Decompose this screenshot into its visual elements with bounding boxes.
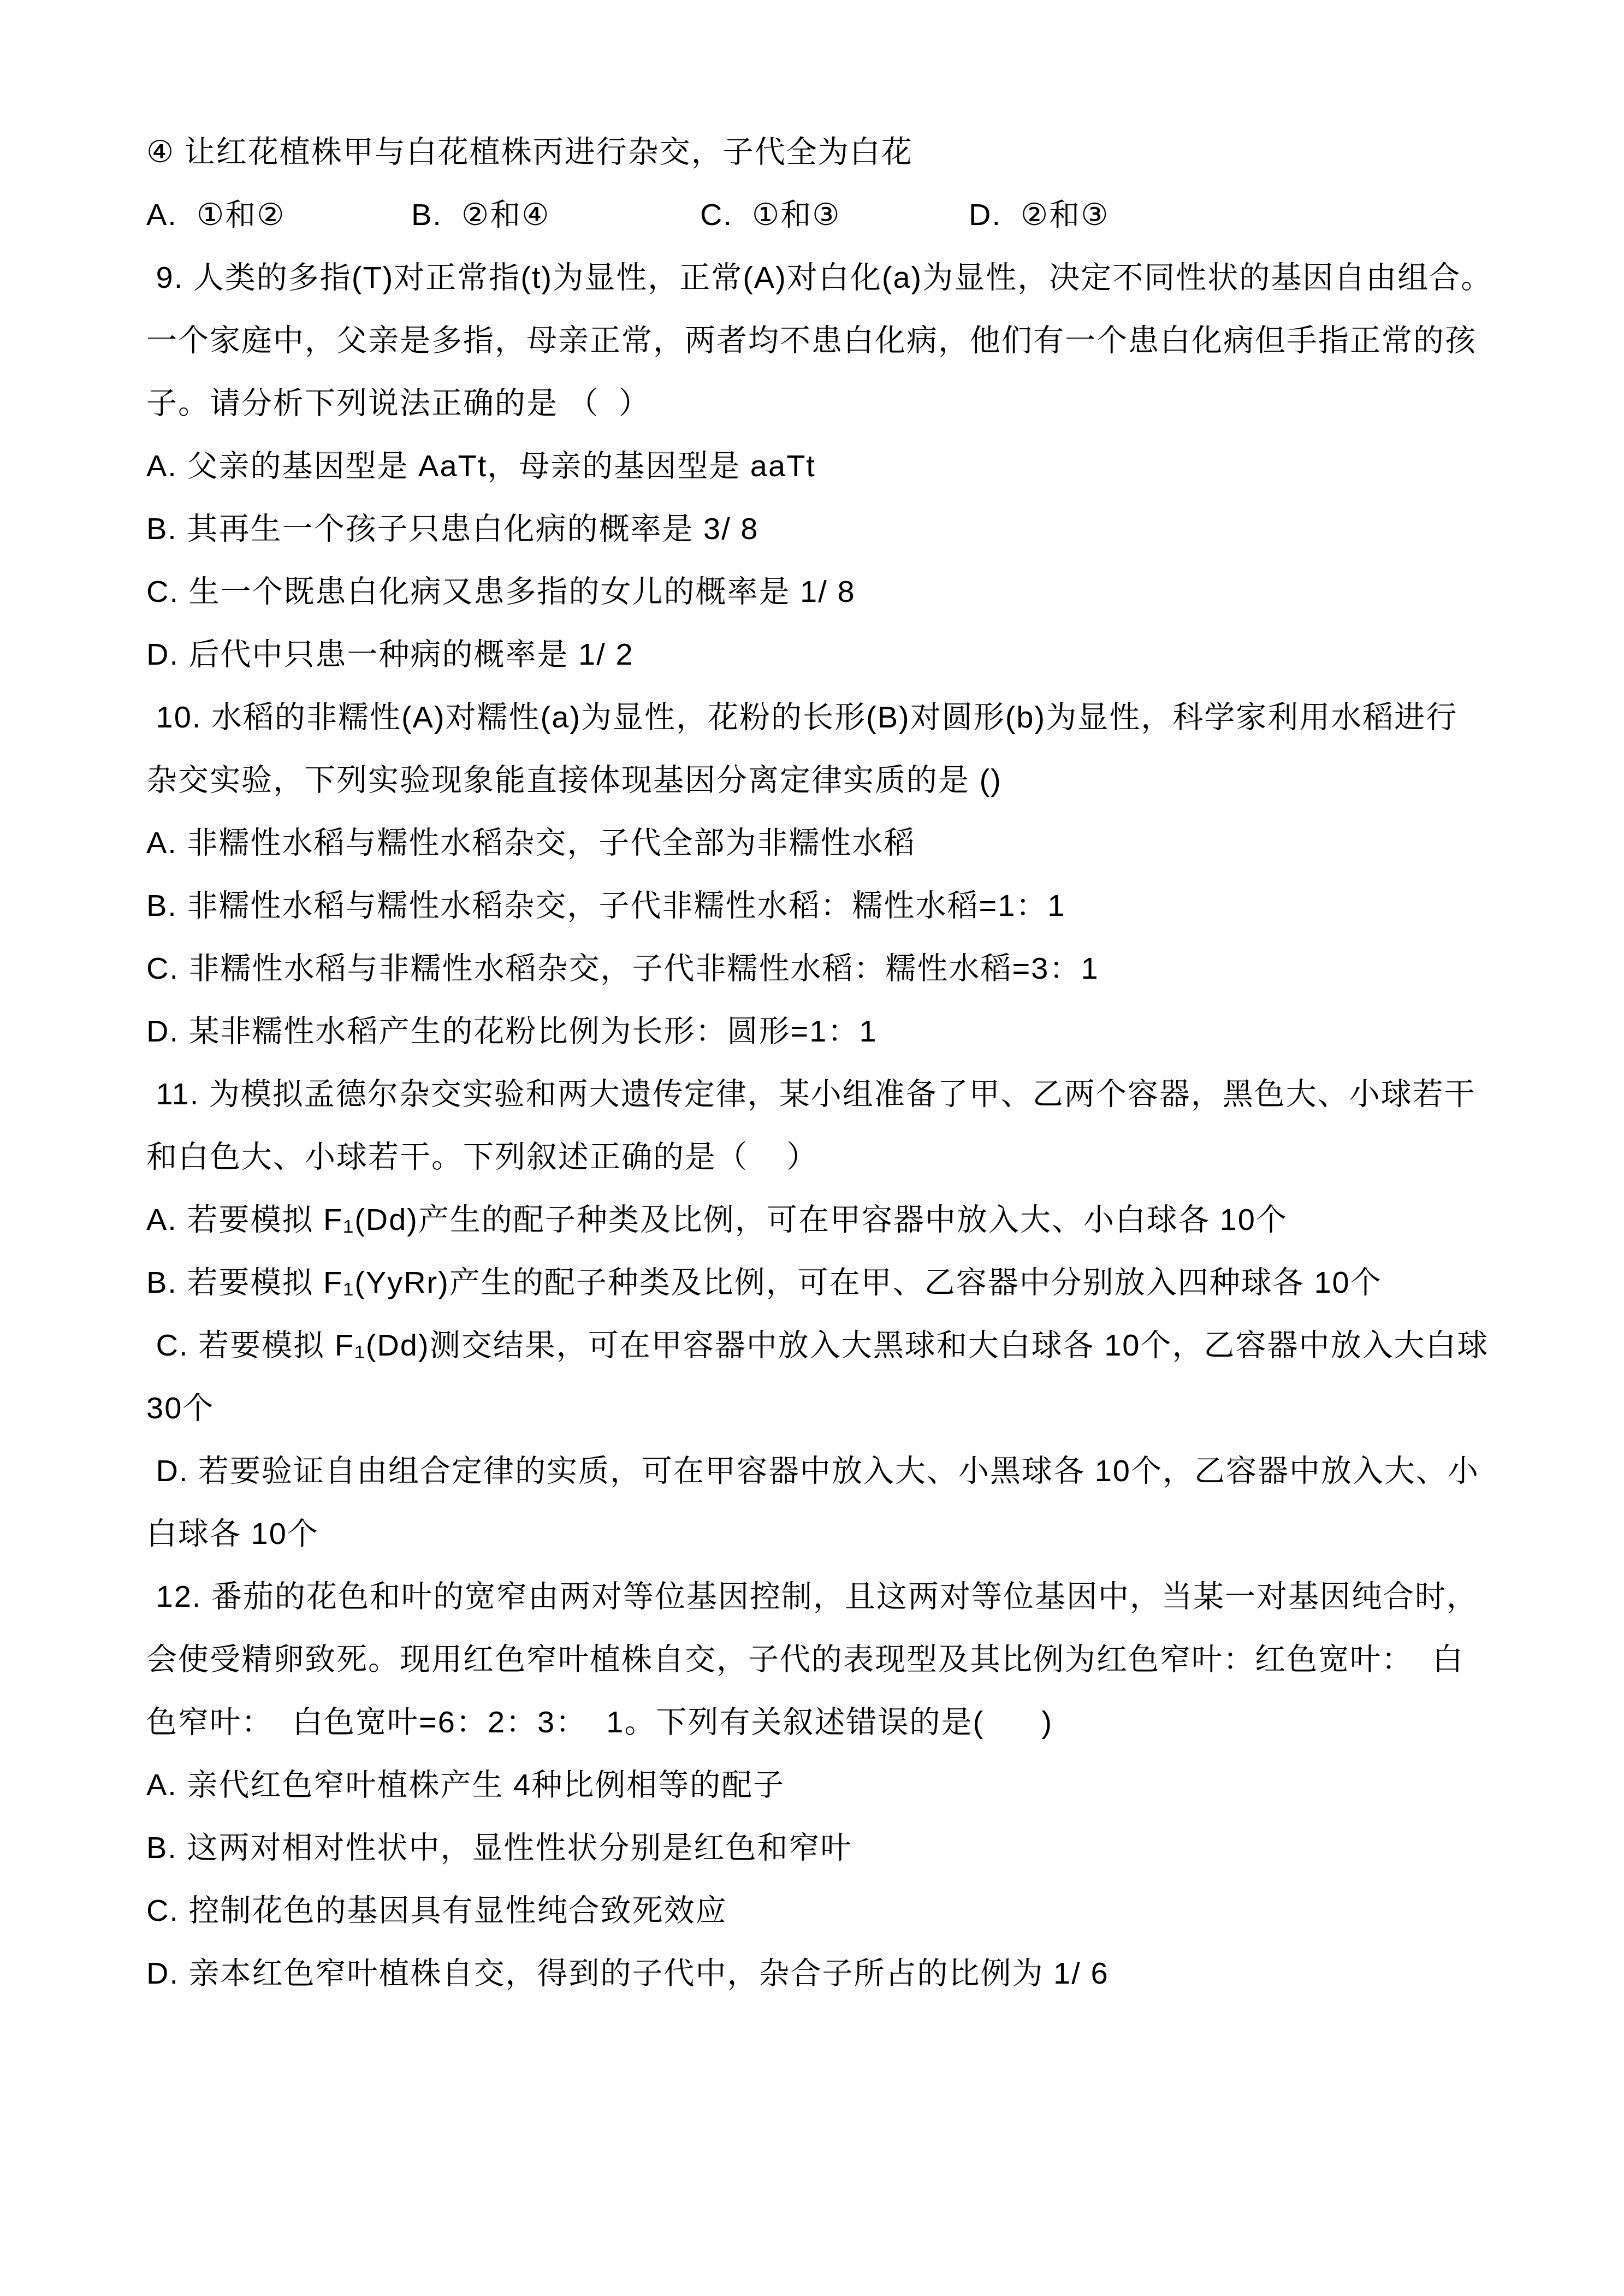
q8-item4-statement: ④ 让红花植株甲与白花植株丙进行杂交，子代全为白花	[146, 120, 1501, 183]
q9-stem-line-3: 子。请分析下列说法正确的是 （ ）	[146, 371, 1501, 434]
q10-option-b: B. 非糯性水稻与糯性水稻杂交，子代非糯性水稻：糯性水稻=1：1	[146, 874, 1501, 937]
q8-option-b: B. ②和④	[411, 183, 700, 246]
q10-option-d: D. 某非糯性水稻产生的花粉比例为长形：圆形=1：1	[146, 999, 1501, 1062]
exam-document-page: ④ 让红花植株甲与白花植株丙进行杂交，子代全为白花A. ①和②B. ②和④C. …	[0, 0, 1624, 2296]
q11-option-d-line-2: 白球各 10个	[146, 1502, 1501, 1565]
q12-option-a: A. 亲代红色窄叶植株产生 4种比例相等的配子	[146, 1753, 1501, 1816]
q12-option-d: D. 亲本红色窄叶植株自交，得到的子代中，杂合子所占的比例为 1/ 6	[146, 1942, 1501, 2004]
q10-option-c: C. 非糯性水稻与非糯性水稻杂交，子代非糯性水稻：糯性水稻=3：1	[146, 937, 1501, 999]
q10-stem-line-2: 杂交实验，下列实验现象能直接体现基因分离定律实质的是 ()	[146, 748, 1501, 811]
q9-option-c: C. 生一个既患白化病又患多指的女儿的概率是 1/ 8	[146, 560, 1501, 623]
q8-options-row: A. ①和②B. ②和④C. ①和③D. ②和③	[146, 183, 1501, 246]
q12-stem-line-2: 会使受精卵致死。现用红色窄叶植株自交，子代的表现型及其比例为红色窄叶：红色宽叶：…	[146, 1628, 1501, 1690]
q11-option-c-line-1: C. 若要模拟 F₁(Dd)测交结果，可在甲容器中放入大黑球和大白球各 10个，…	[146, 1313, 1501, 1376]
q11-option-c-line-2: 30个	[146, 1376, 1501, 1439]
q12-option-b: B. 这两对相对性状中，显性性状分别是红色和窄叶	[146, 1816, 1501, 1879]
q11-option-b: B. 若要模拟 F₁(YyRr)产生的配子种类及比例，可在甲、乙容器中分别放入四…	[146, 1251, 1501, 1313]
q9-stem-line-2: 一个家庭中，父亲是多指，母亲正常，两者均不患白化病，他们有一个患白化病但手指正常…	[146, 309, 1501, 371]
q11-stem-line-2: 和白色大、小球若干。下列叙述正确的是（ ）	[146, 1125, 1501, 1188]
q12-stem-line-1: 12. 番茄的花色和叶的宽窄由两对等位基因控制，且这两对等位基因中，当某一对基因…	[146, 1565, 1501, 1628]
q12-stem-line-3: 色窄叶： 白色宽叶=6：2：3： 1。下列有关叙述错误的是( )	[146, 1690, 1501, 1753]
q11-option-d-line-1: D. 若要验证自由组合定律的实质，可在甲容器中放入大、小黑球各 10个，乙容器中…	[146, 1439, 1501, 1502]
q9-option-b: B. 其再生一个孩子只患白化病的概率是 3/ 8	[146, 497, 1501, 560]
document-content: ④ 让红花植株甲与白花植株丙进行杂交，子代全为白花A. ①和②B. ②和④C. …	[146, 120, 1501, 2004]
q9-stem-line-1: 9. 人类的多指(T)对正常指(t)为显性，正常(A)对白化(a)为显性，决定不…	[146, 246, 1501, 309]
q10-option-a: A. 非糯性水稻与糯性水稻杂交，子代全部为非糯性水稻	[146, 811, 1501, 874]
q8-option-a: A. ①和②	[146, 183, 411, 246]
q10-stem-line-1: 10. 水稻的非糯性(A)对糯性(a)为显性，花粉的长形(B)对圆形(b)为显性…	[146, 685, 1501, 748]
q8-option-c: C. ①和③	[700, 183, 969, 246]
q11-option-a: A. 若要模拟 F₁(Dd)产生的配子种类及比例，可在甲容器中放入大、小白球各 …	[146, 1188, 1501, 1251]
q9-option-d: D. 后代中只患一种病的概率是 1/ 2	[146, 623, 1501, 685]
q9-option-a: A. 父亲的基因型是 AaTt，母亲的基因型是 aaTt	[146, 434, 1501, 497]
q8-option-d: D. ②和③	[969, 183, 1501, 246]
q11-stem-line-1: 11. 为模拟孟德尔杂交实验和两大遗传定律，某小组准备了甲、乙两个容器，黑色大、…	[146, 1062, 1501, 1125]
q12-option-c: C. 控制花色的基因具有显性纯合致死效应	[146, 1879, 1501, 1942]
